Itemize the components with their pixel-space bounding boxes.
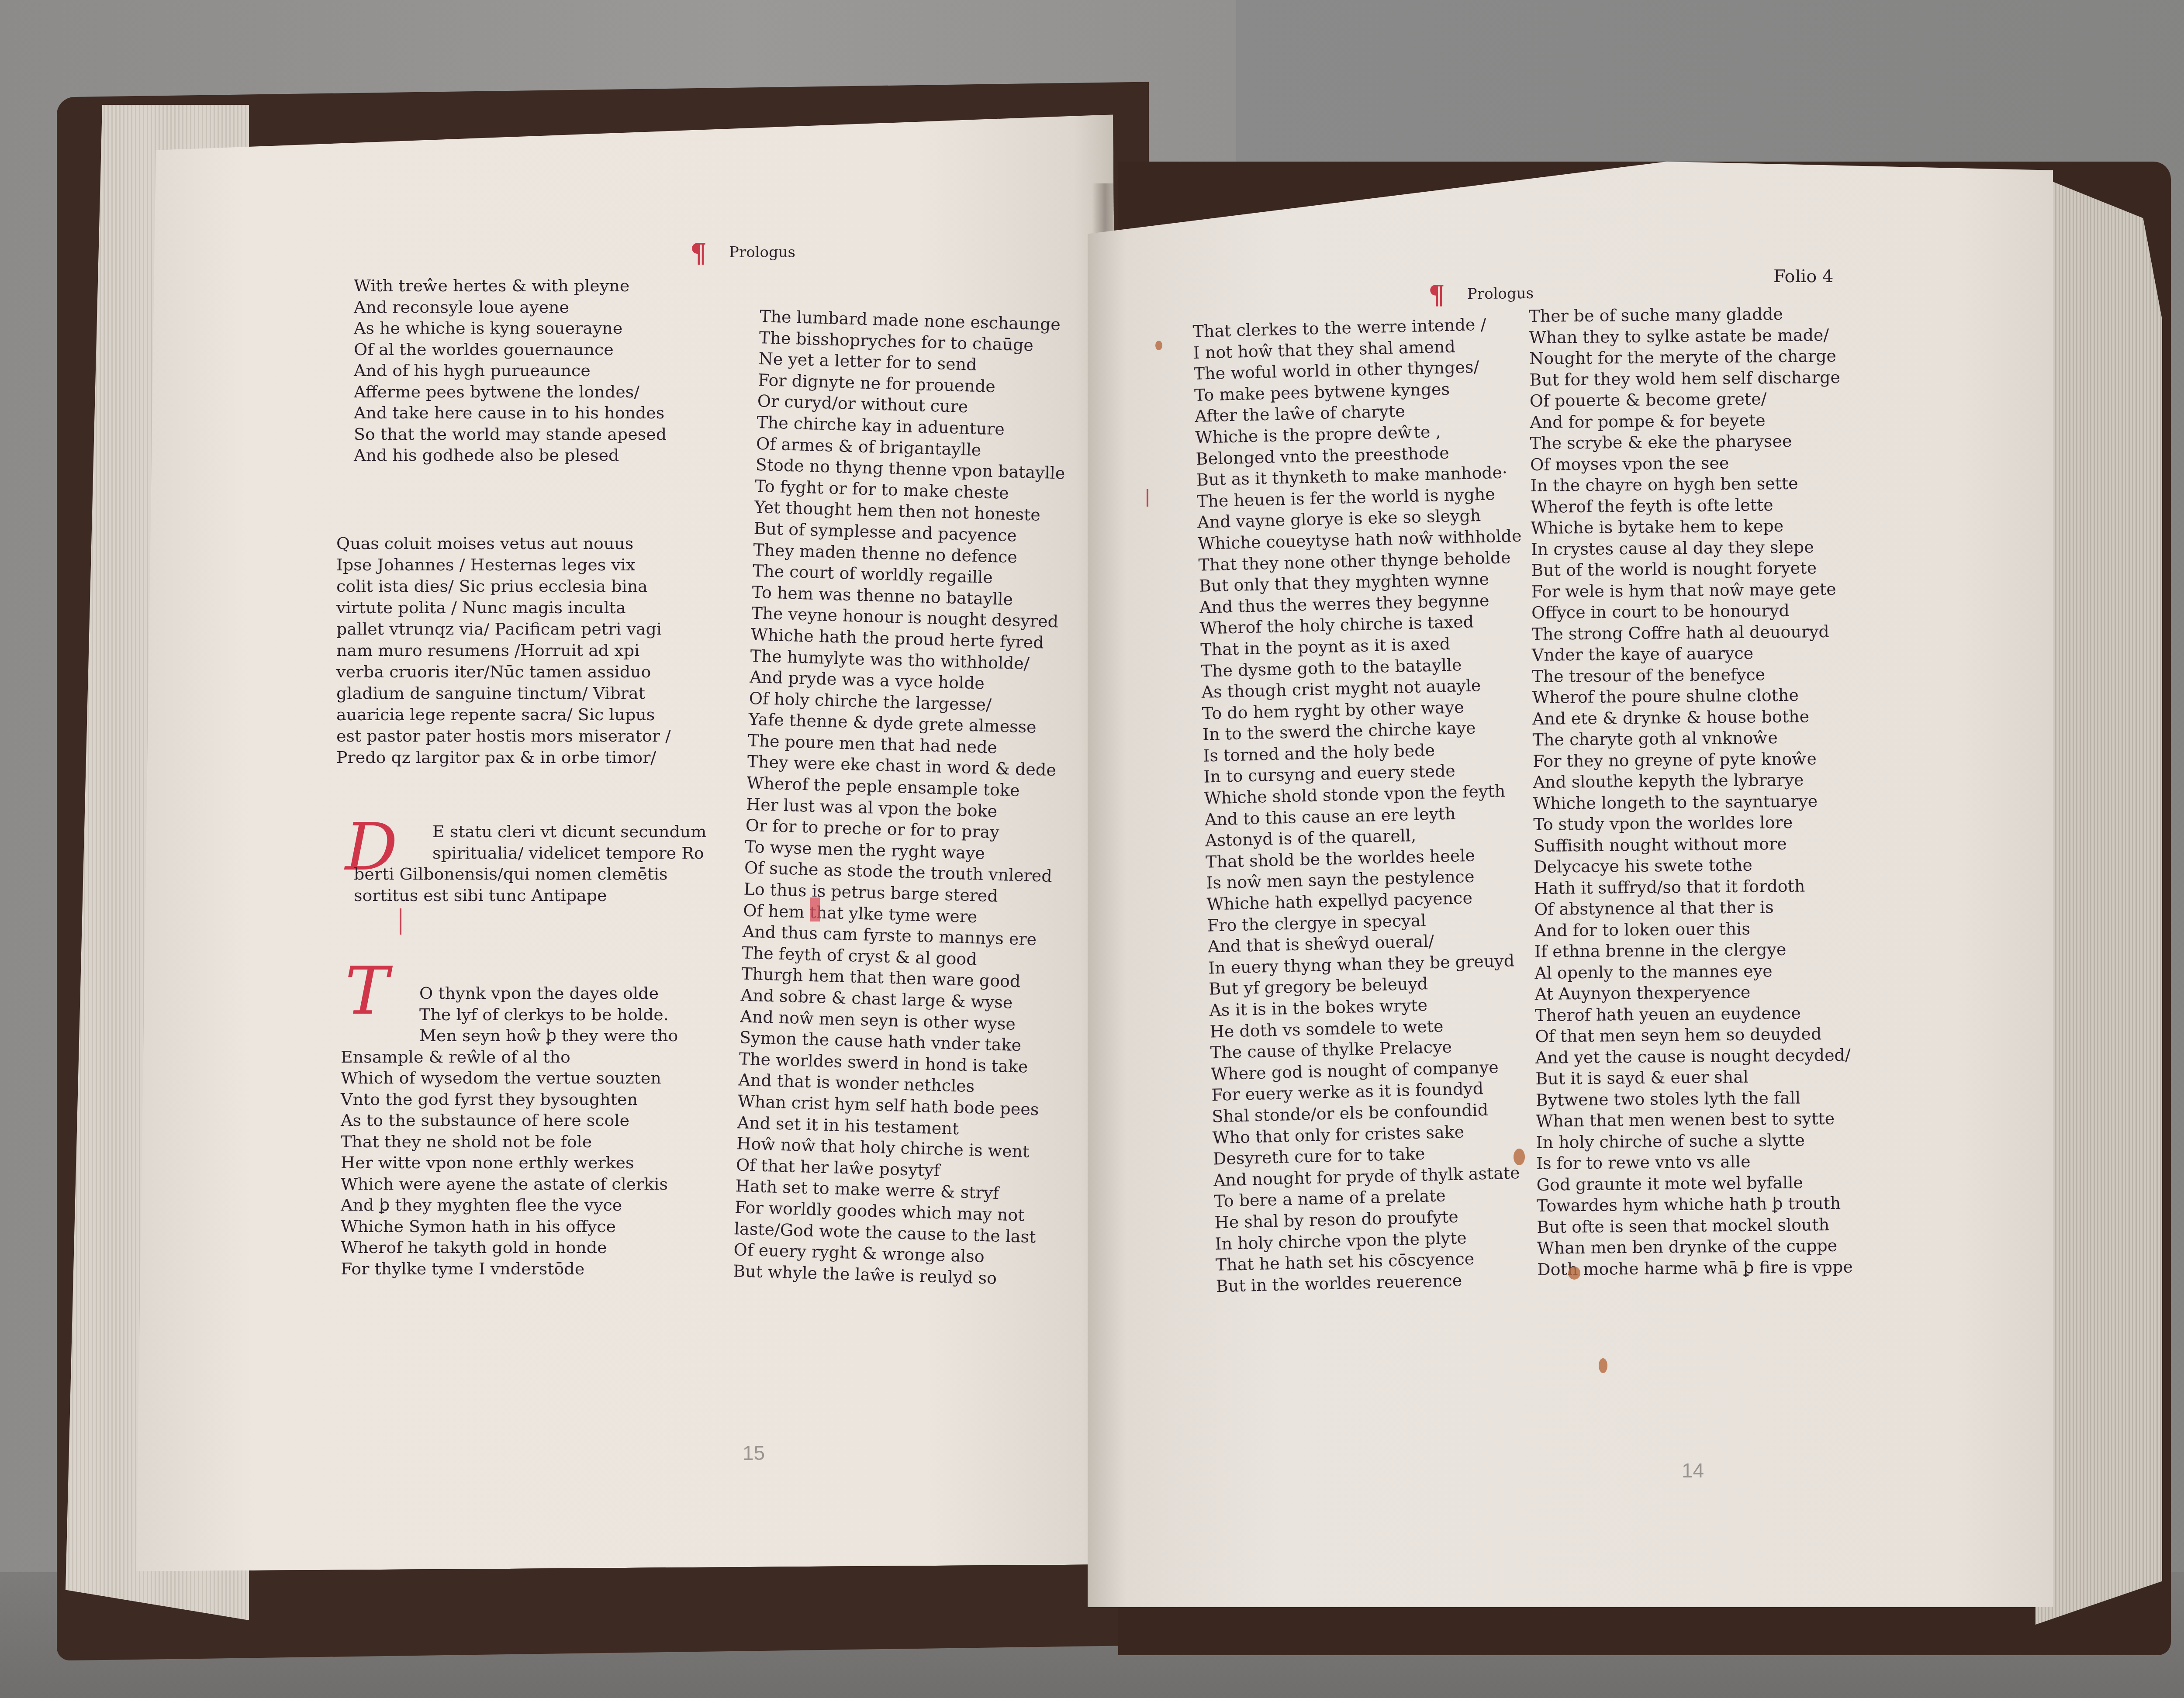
- verse-line: And slouthe kepyth the lybrarye: [1533, 769, 1849, 793]
- verse-line: Of al the worldes gouernaunce: [354, 339, 667, 360]
- red-rubric-mark: [810, 897, 820, 921]
- latin-line: Predo qz largitor pax & in orbe timor/: [336, 747, 671, 768]
- verse-line: Whan they to sylke astate be made/: [1529, 324, 1845, 348]
- verse-line: And take here cause in to his hondes: [354, 402, 667, 424]
- verse-line: God graunte it mote wel byfalle: [1536, 1171, 1852, 1195]
- verse-line: Doth moche harme whā ꝧ fire is vppe: [1537, 1256, 1853, 1280]
- verse-line: The charyte goth al vnknoŵe: [1532, 727, 1848, 751]
- verse-line: Men seyn hoŵ ꝧ they were tho: [341, 1025, 678, 1046]
- verse-line: Whiche is bytake hem to kepe: [1531, 515, 1846, 539]
- verse-line: Of that men seyn hem so deuyded: [1535, 1023, 1851, 1047]
- latin-line: est pastor pater hostis mors miserator /: [336, 725, 671, 747]
- verse-line: As he whiche is kyng souerayne: [354, 318, 667, 339]
- verse-line: Of moyses vpon the see: [1530, 451, 1846, 475]
- foxing-stain: [1514, 1149, 1525, 1165]
- verse-line: Whan men ben drynke of the cuppe: [1537, 1235, 1853, 1259]
- paragraph-mark-icon: ¶: [690, 238, 707, 269]
- verse-line: Suffisith nought without more: [1534, 832, 1849, 856]
- latin-line: Ipse Johannes / Hesternas leges vix: [336, 554, 671, 576]
- latin-line: sortitus est sibi tunc Antipape: [354, 885, 706, 906]
- page-edges-right: [2035, 175, 2162, 1625]
- latin-line: spiritualia/ videlicet tempore Ro: [354, 842, 706, 864]
- verse-line: Of abstynence al that ther is: [1534, 896, 1850, 920]
- verse-line: The scrybe & eke the pharysee: [1530, 430, 1846, 454]
- verse-line: In holy chirche of suche a slytte: [1536, 1129, 1852, 1153]
- verse-line: O thynk vpon the dayes olde: [341, 983, 678, 1004]
- latin-line: virtute polita / Nunc magis inculta: [336, 597, 671, 618]
- verse-line: Al openly to the mannes eye: [1534, 959, 1850, 984]
- verse-line: Bytwene two stoles lyth the fall: [1536, 1087, 1852, 1111]
- right-page-header: ¶ Prologus: [1428, 279, 1534, 311]
- verse-line: But of the world is nought foryete: [1531, 557, 1847, 581]
- latin-line: Quas coluit moises vetus aut nouus: [336, 533, 671, 554]
- left-col-a-latin-2: E statu cleri vt dicunt secundum spiritu…: [354, 821, 706, 906]
- verse-line: Afferme pees bytwene the londes/: [354, 381, 667, 403]
- verse-line: The strong Coffre hath al deuouryd: [1531, 621, 1847, 645]
- verse-line: Offyce in court to be honouryd: [1531, 600, 1847, 624]
- latin-line: nam muro resumens /Horruit ad xpi: [336, 640, 671, 661]
- verse-line: Is for to rewe vnto vs alle: [1536, 1150, 1852, 1174]
- foxing-stain: [1599, 1358, 1607, 1373]
- verse-line: In crystes cause al day they slepe: [1531, 536, 1847, 560]
- latin-line: gladium de sanguine tinctum/ Vibrat: [336, 683, 671, 704]
- verse-line: Hath it suffryd/so that it fordoth: [1534, 875, 1849, 899]
- latin-line: E statu cleri vt dicunt secundum: [354, 821, 706, 842]
- verse-line: For they no greyne of pyte knoŵe: [1533, 748, 1849, 772]
- verse-line: And his godhede also be plesed: [354, 445, 667, 466]
- verse-line: And for pompe & for beyete: [1530, 409, 1845, 433]
- running-title: Prologus: [1467, 285, 1534, 303]
- verse-line: Which of wysedom the vertue souzten: [341, 1067, 678, 1089]
- verse-line: And ete & drynke & house bothe: [1532, 705, 1848, 729]
- verse-line: Which were ayene the astate of clerkis: [341, 1173, 678, 1195]
- verse-line: Towardes hym whiche hath ꝧ trouth: [1537, 1193, 1852, 1217]
- latin-line: pallet vtrunqz via/ Pacificam petri vagi: [336, 618, 671, 640]
- red-tick-mark: [1147, 489, 1148, 507]
- verse-line: Delycacye his swete tothe: [1534, 854, 1849, 878]
- verse-line: Wherof he takyth gold in honde: [341, 1237, 678, 1258]
- paragraph-mark-icon: ¶: [1428, 280, 1445, 311]
- latin-line: berti Gilbonensis/qui nomen clemētis: [354, 863, 706, 885]
- left-col-b: The lumbard made none eschaunge The biss…: [733, 306, 1070, 1290]
- verse-line: At Auynyon thexperyence: [1535, 981, 1851, 1005]
- left-col-a-latin-1: Quas coluit moises vetus aut nouus Ipse …: [336, 533, 671, 768]
- left-page-header: ¶ Prologus: [690, 238, 795, 269]
- verse-line: That they ne shold not be fole: [341, 1131, 678, 1153]
- verse-line: For thylke tyme I vnderstōde: [341, 1258, 678, 1280]
- verse-line: Whan that men wenen best to sytte: [1536, 1108, 1852, 1132]
- verse-line: In the chayre on hygh ben sette: [1530, 473, 1846, 497]
- right-col-b: Ther be of suche many gladde Whan they t…: [1529, 303, 1853, 1280]
- foxing-stain: [1155, 341, 1162, 350]
- verse-line: Whiche Symon hath in his offyce: [341, 1216, 678, 1237]
- verse-line: Ensample & reŵle of al tho: [341, 1046, 678, 1068]
- verse-line: Nought for the meryte of the charge: [1529, 345, 1845, 369]
- pencil-folio-note: 14: [1682, 1459, 1704, 1482]
- verse-line: Ther be of suche many gladde: [1529, 303, 1845, 327]
- right-col-a: That clerkes to the werre intende / I no…: [1192, 313, 1540, 1297]
- running-title: Prologus: [729, 244, 795, 261]
- verse-line: And yet the cause is nought decyded/: [1535, 1044, 1851, 1068]
- verse-line: And of his hygh purueaunce: [354, 360, 667, 381]
- verse-line: And reconsyle loue ayene: [354, 297, 667, 318]
- red-tick-mark: [400, 908, 401, 935]
- verse-line: But for they wold hem self discharge: [1529, 366, 1845, 390]
- verse-line: For wele is hym that noŵ maye gete: [1531, 578, 1847, 602]
- verse-line: Wherof the feyth is ofte lette: [1531, 494, 1846, 518]
- verse-line: And ꝧ they myghten flee the vyce: [341, 1194, 678, 1216]
- verse-line: The tresour of the benefyce: [1532, 663, 1848, 687]
- verse-line: Wherof the poure shulne clothe: [1532, 684, 1848, 708]
- verse-line: Of pouerte & become grete/: [1530, 388, 1845, 412]
- verse-line: But it is sayd & euer shal: [1535, 1066, 1851, 1090]
- foxing-stain: [1568, 1267, 1580, 1280]
- latin-line: verba cruoris iter/Nūc tamen assiduo: [336, 661, 671, 683]
- verse-line: So that the world may stande apesed: [354, 424, 667, 445]
- verse-line: Whiche longeth to the sayntuarye: [1533, 790, 1849, 814]
- verse-line: As to the substaunce of here scole: [341, 1110, 678, 1131]
- left-col-a-verse-1: With treŵe hertes & with pleyne And reco…: [354, 275, 667, 466]
- verse-line: And for to loken ouer this: [1534, 917, 1850, 941]
- verse-line: With treŵe hertes & with pleyne: [354, 275, 667, 297]
- verse-line: The lyf of clerkys to be holde.: [341, 1004, 678, 1025]
- verse-line: But ofte is seen that mockel slouth: [1537, 1214, 1852, 1238]
- latin-line: auaricia lege repente sacra/ Sic lupus: [336, 704, 671, 725]
- latin-line: colit ista dies/ Sic prius ecclesia bina: [336, 576, 671, 597]
- folio-number: Folio 4: [1773, 266, 1833, 286]
- verse-line: Her witte vpon none erthly werkes: [341, 1152, 678, 1173]
- verse-line: If ethna brenne in the clergye: [1534, 939, 1850, 963]
- left-col-a-verse-2: O thynk vpon the dayes olde The lyf of c…: [341, 983, 678, 1279]
- verse-line: Therof hath yeuen an euydence: [1535, 1002, 1851, 1026]
- verse-line: Vnder the kaye of auaryce: [1532, 642, 1848, 666]
- pencil-folio-note: 15: [743, 1441, 765, 1465]
- verse-line: Vnto the god fyrst they bysoughten: [341, 1089, 678, 1110]
- verse-line: To study vpon the worldes lore: [1533, 811, 1849, 835]
